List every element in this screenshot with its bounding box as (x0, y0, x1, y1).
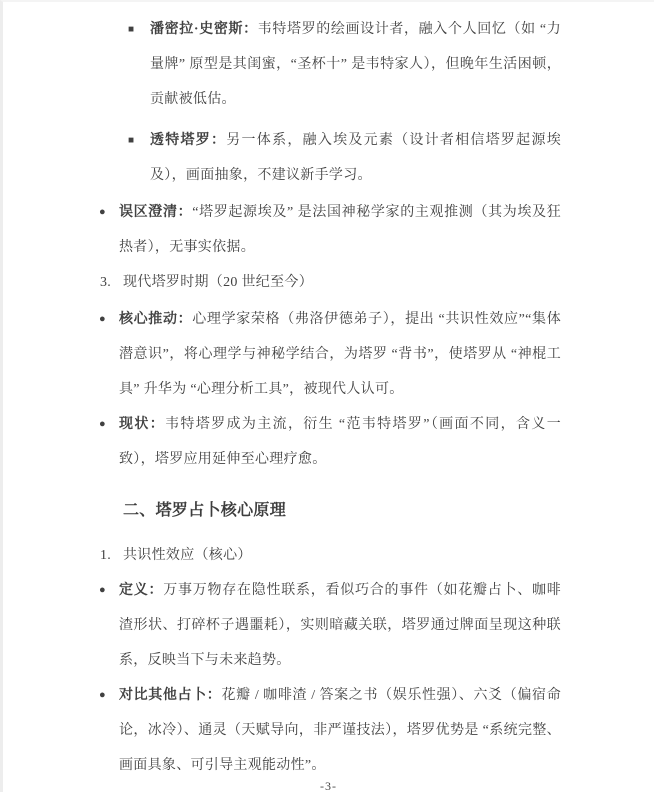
list-number: 3. (100, 265, 111, 300)
round-bullet-icon: ● (99, 195, 106, 230)
list-item: ● 对比其他占卜：花瓣 / 咖啡渣 / 答案之书（娱乐性强）、六爻（偏宿命论，冰… (99, 678, 561, 783)
term-label: 核心推动： (119, 312, 192, 327)
term-label: 透特塔罗： (150, 133, 226, 148)
item-text: 现代塔罗时期（20 世纪至今） (123, 275, 313, 290)
page-number: -3- (3, 779, 654, 792)
term-label: 对比其他占卜： (119, 688, 221, 703)
round-bullet-icon: ● (99, 573, 106, 608)
square-bullet-icon: ■ (128, 12, 134, 47)
item-text: 韦特塔罗成为主流，衍生 “范韦特塔罗”（画面不同，含义一致），塔罗应用延伸至心理… (119, 417, 561, 467)
square-bullet-icon: ■ (128, 123, 134, 158)
round-bullet-icon: ● (99, 678, 106, 713)
list-item: ● 现状：韦特塔罗成为主流，衍生 “范韦特塔罗”（画面不同，含义一致），塔罗应用… (99, 407, 561, 477)
numbered-heading: 3. 现代塔罗时期（20 世纪至今） (99, 265, 561, 300)
term-label: 定义： (119, 583, 163, 598)
document-page: ■ 潘密拉·史密斯：韦特塔罗的绘画设计者，融入个人回忆（如 “力量牌” 原型是其… (0, 0, 654, 792)
term-label: 潘密拉·史密斯： (150, 22, 258, 37)
item-text: 共识性效应（核心） (123, 548, 252, 563)
term-label: 误区澄清： (119, 205, 192, 220)
round-bullet-icon: ● (99, 407, 106, 442)
term-label: 现状： (119, 417, 165, 432)
numbered-heading: 1. 共识性效应（核心） (99, 538, 561, 573)
round-bullet-icon: ● (99, 302, 106, 337)
list-item: ● 定义：万事万物存在隐性联系，看似巧合的事件（如花瓣占卜、咖啡渣形状、打碎杯子… (99, 573, 561, 678)
list-item: ● 核心推动：心理学家荣格（弗洛伊德弟子），提出 “共识性效应”“集体潜意识”，… (99, 302, 561, 407)
section-heading: 二、塔罗占卜核心原理 (99, 499, 561, 523)
list-item: ■ 潘密拉·史密斯：韦特塔罗的绘画设计者，融入个人回忆（如 “力量牌” 原型是其… (99, 12, 561, 117)
item-text: 万事万物存在隐性联系，看似巧合的事件（如花瓣占卜、咖啡渣形状、打碎杯子遇噩耗），… (119, 583, 561, 668)
list-item: ■ 透特塔罗：另一体系，融入埃及元素（设计者相信塔罗起源埃及），画面抽象，不建议… (99, 123, 561, 193)
document-body: ■ 潘密拉·史密斯：韦特塔罗的绘画设计者，融入个人回忆（如 “力量牌” 原型是其… (99, 12, 561, 783)
list-item: ● 误区澄清：“塔罗起源埃及” 是法国神秘学家的主观推测（其为埃及狂热者），无事… (99, 195, 561, 265)
list-number: 1. (100, 538, 111, 573)
